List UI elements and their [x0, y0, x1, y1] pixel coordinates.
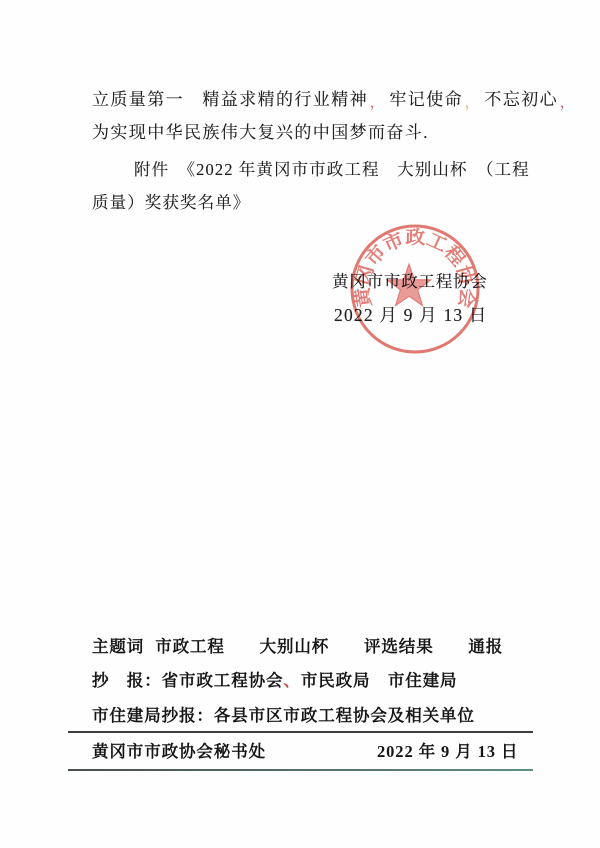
red-enum-comma-mark: 、 — [283, 671, 300, 690]
keywords-label: 主题词 — [92, 637, 144, 656]
copy-rest: 市民政局 市住建局 — [301, 671, 458, 690]
copy-row: 抄 报：省市政工程协会、市民政局 市住建局 — [92, 671, 457, 692]
body-line-1: 立质量第一 精益求精的行业精神，牢记使命，不忘初心， — [92, 89, 574, 110]
copy-first: 省市政工程协会 — [162, 671, 284, 690]
keywords-value: 市政工程 大别山杯 评选结果 通报 — [155, 637, 503, 656]
body-line-1-seg-3: 不忘初心 — [484, 90, 558, 109]
pink-comma-mark: ， — [560, 95, 574, 111]
attachment-line-2: 质量）奖获奖名单》 — [92, 193, 250, 214]
attachment-line-1: 附件 《2022 年黄冈市市政工程 大别山杯 （工程 — [134, 160, 530, 181]
seal-star-icon — [387, 264, 431, 306]
issuer-name: 黄冈市市政协会秘书处 — [92, 742, 266, 763]
divider-line-top — [68, 731, 533, 733]
copy-label: 抄 报： — [92, 671, 162, 690]
relay-row: 市住建局抄报：各县市区市政工程协会及相关单位 — [92, 706, 475, 727]
issue-date: 2022 年 9 月 13 日 — [377, 742, 518, 763]
keywords-row: 主题词市政工程 大别山杯 评选结果 通报 — [92, 637, 503, 658]
yellow-comma-mark: ， — [465, 95, 479, 111]
body-line-1-seg-2: 牢记使命 — [389, 90, 463, 109]
document-page: 立质量第一 精益求精的行业精神，牢记使命，不忘初心， 为实现中华民族伟大复兴的中… — [0, 0, 600, 848]
red-comma-mark: ， — [370, 95, 384, 111]
body-line-1-seg-1: 立质量第一 精益求精的行业精神 — [92, 90, 368, 109]
divider-line-bottom — [68, 769, 533, 771]
body-line-2: 为实现中华民族伟大复兴的中国梦而奋斗. — [92, 122, 429, 143]
official-seal: 黄冈市市政工程协会 — [344, 219, 486, 361]
